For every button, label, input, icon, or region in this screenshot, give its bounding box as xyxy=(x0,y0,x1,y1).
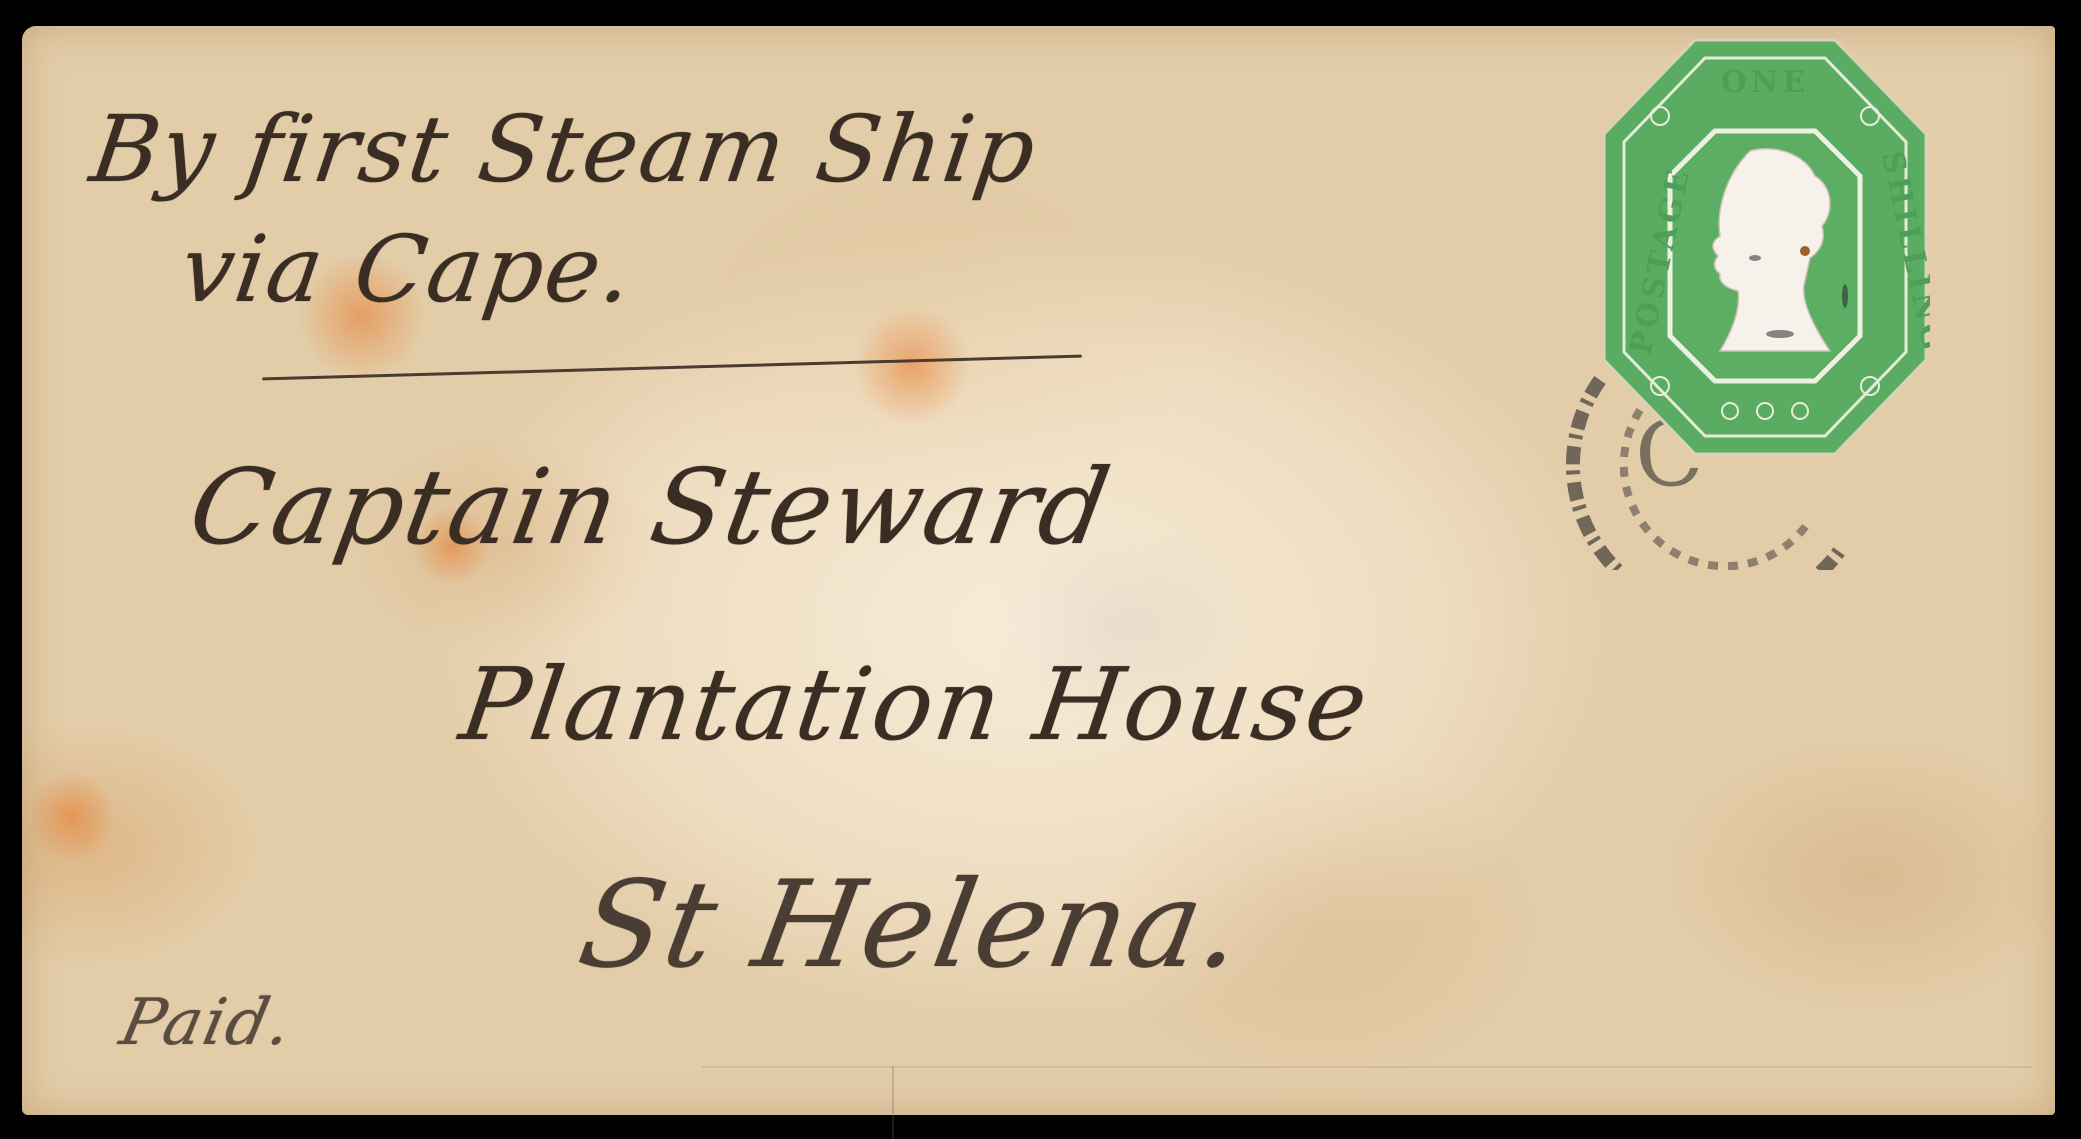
address-line: Plantation House xyxy=(454,646,1376,763)
stamp-text-top: ONE xyxy=(1721,65,1809,100)
foxing-stain xyxy=(32,766,112,866)
routing-instruction-line-2: via Cape. xyxy=(174,216,640,323)
fold-crease xyxy=(892,1066,894,1139)
embossed-stamp: ONE POSTAGE SHILLING xyxy=(1600,36,1930,458)
routing-instruction-line-1: By first Steam Ship xyxy=(84,96,1043,203)
fold-crease-horizontal xyxy=(702,1066,2032,1068)
addressee-name: Captain Steward xyxy=(181,446,1120,568)
paid-notation: Paid. xyxy=(114,986,300,1060)
address-destination: St Helena. xyxy=(570,856,1255,995)
foxing-stain xyxy=(852,306,972,426)
